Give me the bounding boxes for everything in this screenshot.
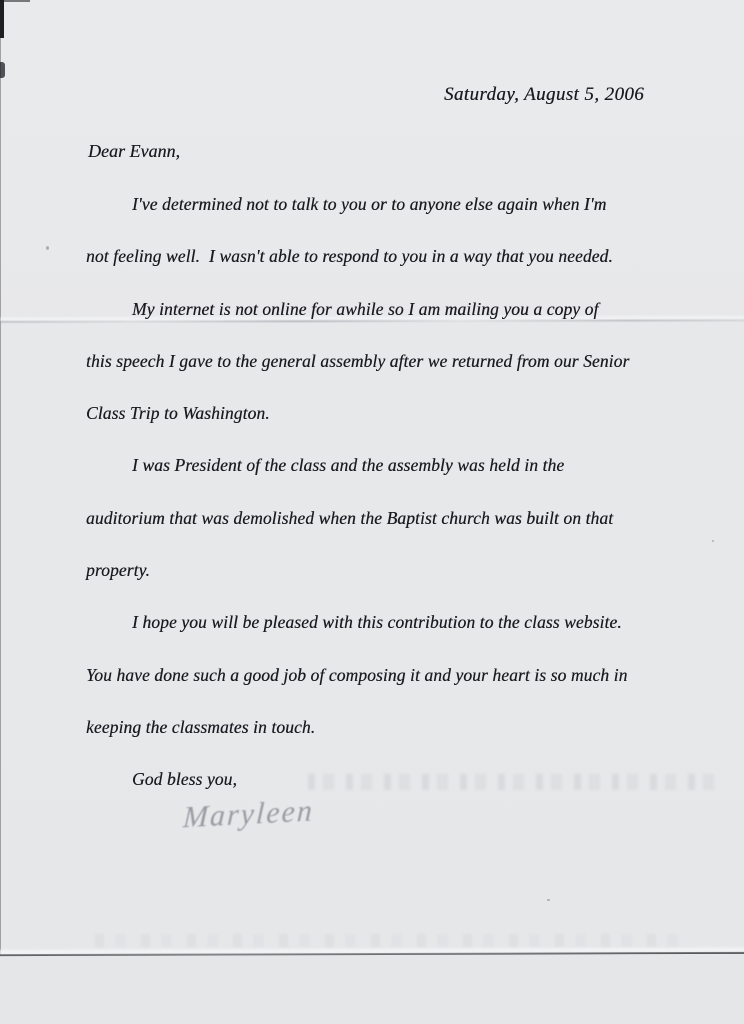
scan-speck [547, 899, 550, 901]
salutation: Dear Evann, [88, 141, 180, 162]
letter-line: this speech I gave to the general assemb… [86, 351, 686, 403]
scanned-letter-page: Saturday, August 5, 2006 Dear Evann, I'v… [0, 0, 744, 1024]
letter-line: not feeling well. I wasn't able to respo… [86, 246, 686, 298]
scan-speck [712, 540, 714, 542]
letter-line: property. [86, 560, 686, 612]
letter-line: You have done such a good job of composi… [86, 665, 686, 717]
bleed-through-smudge [308, 774, 718, 790]
signature: Maryleen [182, 795, 315, 836]
scan-edge-artifact [0, 0, 30, 2]
scan-edge-artifact [0, 62, 5, 78]
letter-line: I hope you will be pleased with this con… [86, 612, 686, 664]
paper-below-fold [0, 955, 744, 1024]
bleed-through-smudge [95, 934, 685, 947]
letter-line: keeping the classmates in touch. [86, 717, 686, 769]
scan-edge-artifact [0, 0, 1, 1024]
letter-line: My internet is not online for awhile so … [86, 299, 686, 351]
letter-line: I've determined not to talk to you or to… [86, 194, 686, 246]
letter-line: auditorium that was demolished when the … [86, 508, 686, 560]
date-line: Saturday, August 5, 2006 [444, 84, 644, 106]
letter-line: I was President of the class and the ass… [86, 455, 686, 507]
scan-speck [46, 246, 49, 250]
letter-body: I've determined not to talk to you or to… [86, 194, 686, 822]
scan-edge-artifact [0, 0, 4, 38]
letter-line: Class Trip to Washington. [86, 403, 686, 455]
